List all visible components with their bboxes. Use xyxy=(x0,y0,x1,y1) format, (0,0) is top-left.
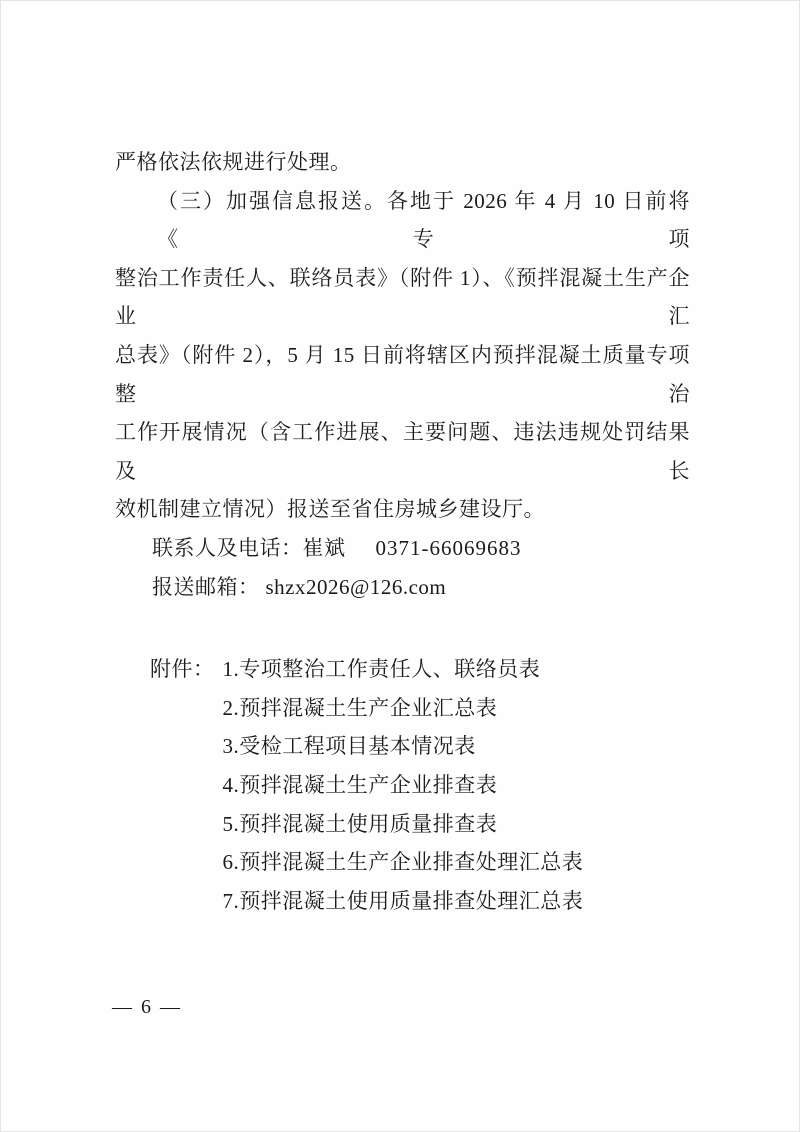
email-line: 报送邮箱：shzx2026@126.com xyxy=(115,568,690,607)
paragraph-line: 总表》（附件 2），5 月 15 日前将辖区内预拌混凝土质量专项整治 xyxy=(115,336,690,413)
attachment-item: 5.预拌混凝土使用质量排查表 xyxy=(223,805,584,844)
page-number: — 6 — xyxy=(112,996,182,1019)
attachment-item: 7.预拌混凝土使用质量排查处理汇总表 xyxy=(223,882,584,921)
paragraph-line: 严格依法依规进行处理。 xyxy=(115,143,690,182)
document-body: 严格依法依规进行处理。 （三）加强信息报送。各地于 2026 年 4 月 10 … xyxy=(115,143,690,920)
paragraph-line: 整治工作责任人、联络员表》（附件 1）、《预拌混凝土生产企业汇 xyxy=(115,259,690,336)
email-address: shzx2026@126.com xyxy=(266,575,447,599)
paragraph-line: 工作开展情况（含工作进展、主要问题、违法违规处罚结果及长 xyxy=(115,413,690,490)
contact-label: 联系人及电话： xyxy=(152,536,303,560)
attachment-item: 2.预拌混凝土生产企业汇总表 xyxy=(223,689,584,728)
attachment-item: 6.预拌混凝土生产企业排查处理汇总表 xyxy=(223,843,584,882)
paragraph-line: （三）加强信息报送。各地于 2026 年 4 月 10 日前将《专项 xyxy=(115,182,690,259)
document-page: 严格依法依规进行处理。 （三）加强信息报送。各地于 2026 年 4 月 10 … xyxy=(0,0,800,1132)
attachments-block: 附件： 1.专项整治工作责任人、联络员表 2.预拌混凝土生产企业汇总表 3.受检… xyxy=(115,650,690,920)
email-label: 报送邮箱： xyxy=(152,575,260,599)
attachment-item: 1.专项整治工作责任人、联络员表 xyxy=(223,650,584,689)
attachments-label: 附件： xyxy=(150,650,215,689)
contact-name: 崔斌 xyxy=(303,536,346,560)
contact-phone: 0371-66069683 xyxy=(376,536,522,560)
attachment-item: 3.受检工程项目基本情况表 xyxy=(223,727,584,766)
contact-line: 联系人及电话：崔斌0371-66069683 xyxy=(115,529,690,568)
paragraph-line: 效机制建立情况）报送至省住房城乡建设厅。 xyxy=(115,490,690,529)
attachment-item: 4.预拌混凝土生产企业排查表 xyxy=(223,766,584,805)
attachments-list: 1.专项整治工作责任人、联络员表 2.预拌混凝土生产企业汇总表 3.受检工程项目… xyxy=(223,650,584,920)
